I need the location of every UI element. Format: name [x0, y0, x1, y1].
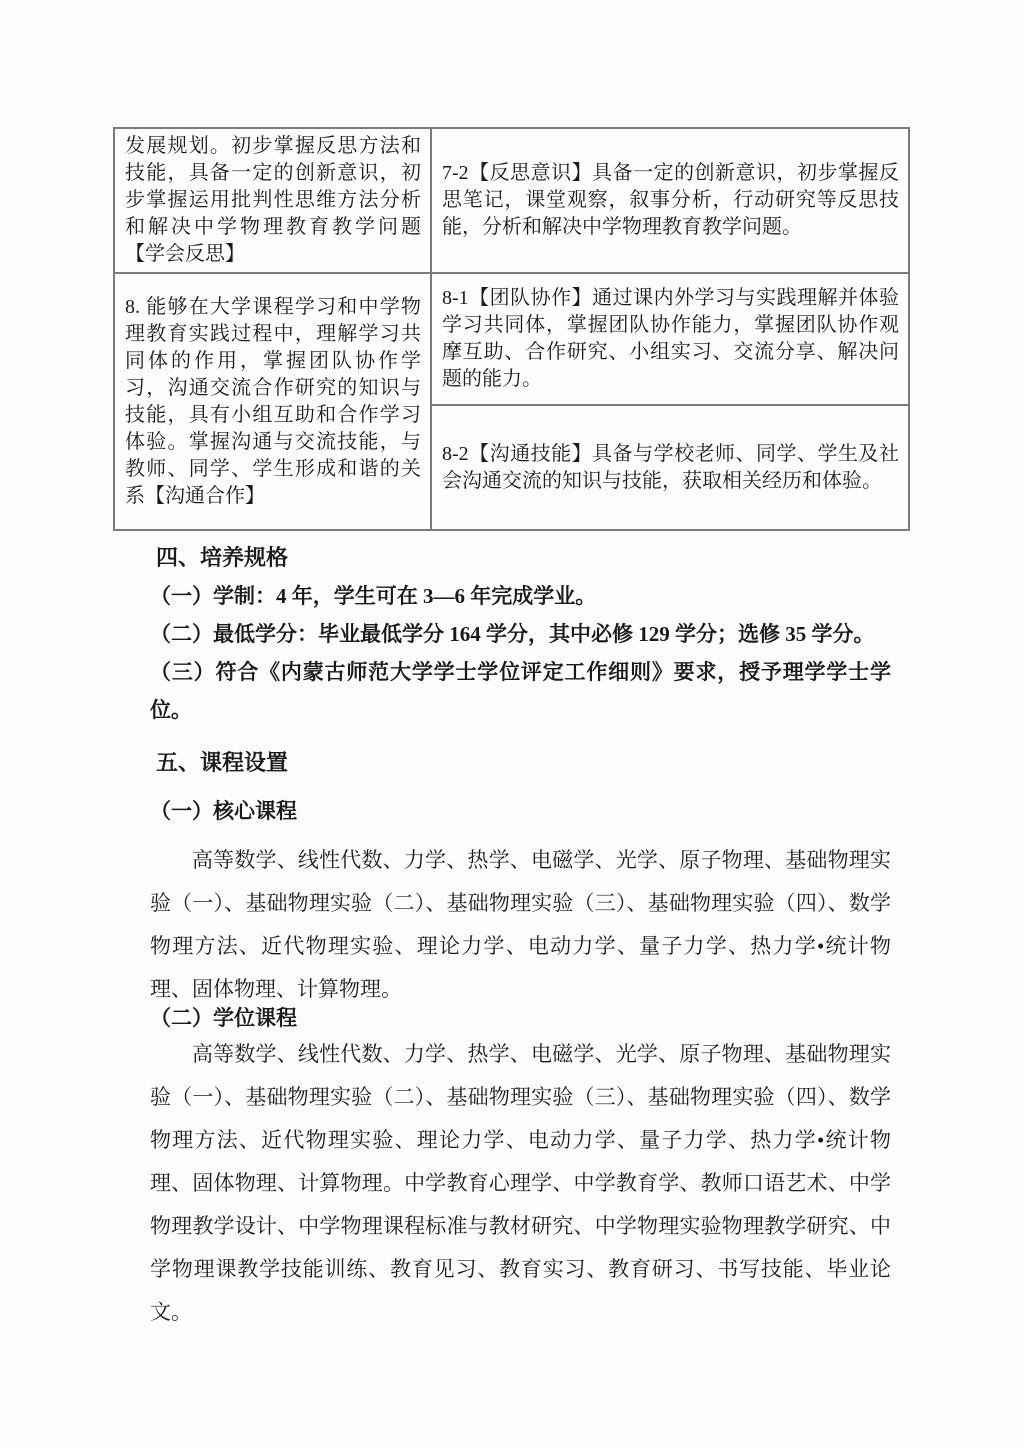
table-row: 8. 能够在大学课程学习和中学物理教育实践过程中，理解学习共同体的作用，掌握团队…	[114, 273, 909, 405]
table-cell-requirement-7-continued: 发展规划。初步掌握反思方法和技能，具备一定的创新意识，初步掌握运用批判性思维方法…	[114, 128, 431, 273]
section-heading-training-specs: 四、培养规格	[156, 543, 891, 573]
spec-item-study-length: （一）学制：4 年，学生可在 3—6 年完成学业。	[150, 577, 891, 615]
document-page: 发展规划。初步掌握反思方法和技能，具备一定的创新意识，初步掌握运用批判性思维方法…	[0, 0, 1024, 1448]
table-cell-indicator-8-2: 8-2【沟通技能】具备与学校老师、同学、学生及社会沟通交流的知识与技能，获取相关…	[431, 405, 909, 530]
section-heading-course-setting: 五、课程设置	[156, 748, 891, 778]
document-body: 四、培养规格 （一）学制：4 年，学生可在 3—6 年完成学业。 （二）最低学分…	[150, 543, 891, 1334]
table-row: 发展规划。初步掌握反思方法和技能，具备一定的创新意识，初步掌握运用批判性思维方法…	[114, 128, 909, 273]
table-cell-indicator-7-2: 7-2【反思意识】具备一定的创新意识，初步掌握反思笔记，课堂观察，叙事分析，行动…	[431, 128, 909, 273]
degree-courses-paragraph: 高等数学、线性代数、力学、热学、电磁学、光学、原子物理、基础物理实验（一）、基础…	[150, 1033, 891, 1334]
core-courses-paragraph: 高等数学、线性代数、力学、热学、电磁学、光学、原子物理、基础物理实验（一）、基础…	[150, 839, 891, 1011]
subsection-heading-core-courses: （一）核心课程	[150, 796, 891, 826]
spec-item-degree-award: （三）符合《内蒙古师范大学学士学位评定工作细则》要求，授予理学学士学位。	[150, 653, 891, 729]
table-cell-requirement-8: 8. 能够在大学课程学习和中学物理教育实践过程中，理解学习共同体的作用，掌握团队…	[114, 273, 431, 530]
table-cell-indicator-8-1: 8-1【团队协作】通过课内外学习与实践理解并体验学习共同体，掌握团队协作能力，掌…	[431, 273, 909, 405]
spec-item-minimum-credits: （二）最低学分：毕业最低学分 164 学分，其中必修 129 学分；选修 35 …	[150, 615, 891, 653]
subsection-heading-degree-courses: （二）学位课程	[150, 1003, 891, 1033]
graduation-outcomes-table: 发展规划。初步掌握反思方法和技能，具备一定的创新意识，初步掌握运用批判性思维方法…	[113, 127, 910, 531]
